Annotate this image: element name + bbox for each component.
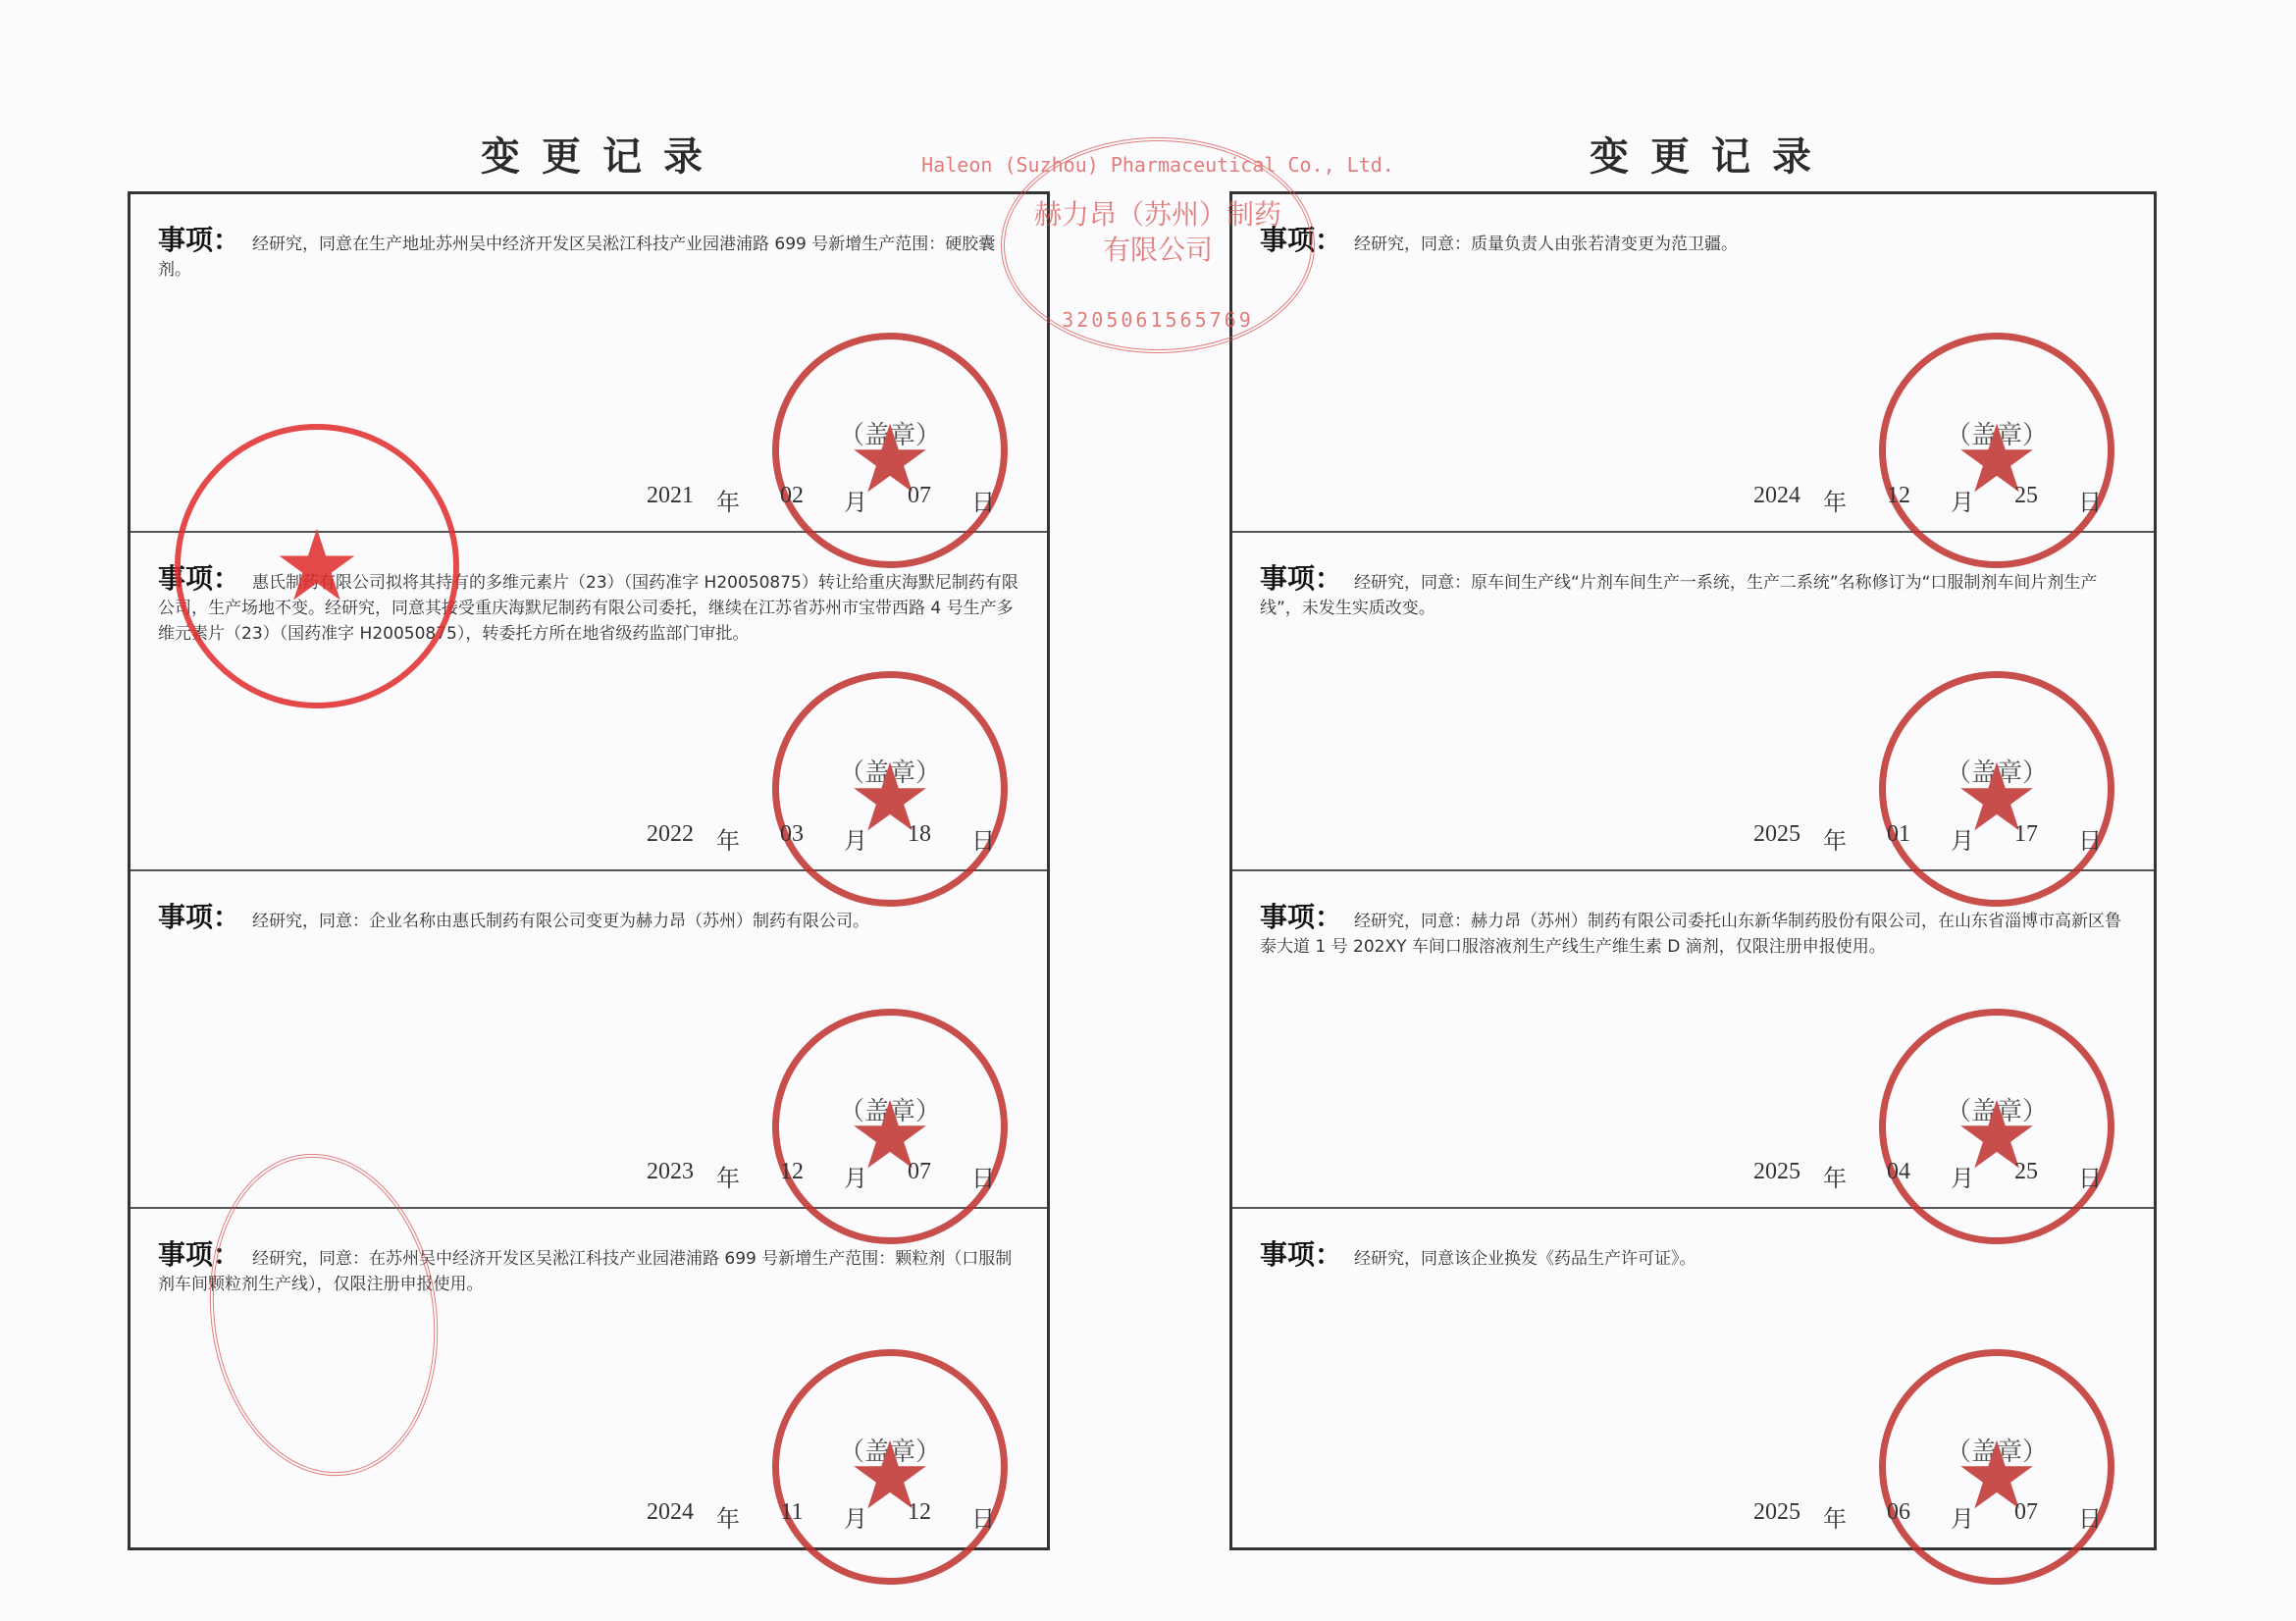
right-change-record-table: 事项：经研究，同意：质量负责人由张若清变更为范卫疆。 （盖章） ★ 2024 年… bbox=[1229, 191, 2157, 1550]
seal-chinese-name: 赫力昂（苏州）制药有限公司 bbox=[1034, 197, 1281, 268]
record-date: 2024 年 12 月 25 日 bbox=[1732, 483, 2124, 517]
date-month: 02 bbox=[762, 483, 821, 517]
date-month: 12 bbox=[762, 1159, 821, 1193]
change-record-row: 事项：经研究，同意：质量负责人由张若清变更为范卫疆。 （盖章） ★ 2024 年… bbox=[1232, 194, 2154, 533]
record-text: 经研究，同意：赫力昂（苏州）制药有限公司委托山东新华制药股份有限公司，在山东省淄… bbox=[1260, 912, 2121, 957]
record-item: 事项：经研究，同意在生产地址苏州吴中经济开发区吴淞江科技产业园港浦路 699 号… bbox=[158, 228, 1021, 283]
date-day: 12 bbox=[890, 1499, 949, 1534]
date-month: 01 bbox=[1869, 821, 1928, 856]
record-date: 2022 年 03 月 18 日 bbox=[625, 821, 1018, 856]
authority-seal: （盖章） ★ bbox=[772, 1349, 1008, 1585]
change-record-row: 事项：经研究，同意该企业换发《药品生产许可证》。 （盖章） ★ 2025 年 0… bbox=[1232, 1209, 2154, 1547]
authority-seal: （盖章） ★ bbox=[1879, 1349, 2114, 1585]
item-label: 事项： bbox=[1260, 901, 1342, 933]
record-date: 2024 年 11 月 12 日 bbox=[625, 1499, 1018, 1534]
record-item: 事项：经研究，同意：企业名称由惠氏制药有限公司变更为赫力昂（苏州）制药有限公司。 bbox=[158, 905, 1021, 934]
date-day: 07 bbox=[890, 1159, 949, 1193]
record-text: 经研究，同意：原车间生产线“片剂车间生产一系统，生产二系统”名称修订为“口服制剂… bbox=[1260, 573, 2097, 618]
change-record-row: 事项：经研究，同意：原车间生产线“片剂车间生产一系统，生产二系统”名称修订为“口… bbox=[1232, 533, 2154, 871]
date-year: 2025 bbox=[1732, 1159, 1800, 1193]
record-date: 2021 年 02 月 07 日 bbox=[625, 483, 1018, 517]
date-day: 18 bbox=[890, 821, 949, 856]
record-date: 2025 年 01 月 17 日 bbox=[1732, 821, 2124, 856]
date-year: 2023 bbox=[625, 1159, 694, 1193]
date-month: 11 bbox=[762, 1499, 821, 1534]
date-day: 25 bbox=[1997, 483, 2056, 517]
date-year: 2022 bbox=[625, 821, 694, 856]
date-month: 03 bbox=[762, 821, 821, 856]
star-icon: ★ bbox=[273, 517, 361, 615]
record-text: 经研究，同意：质量负责人由张若清变更为范卫疆。 bbox=[1354, 235, 1738, 254]
date-month: 12 bbox=[1869, 483, 1928, 517]
date-year: 2024 bbox=[625, 1499, 694, 1534]
left-page-title: 变更记录 bbox=[481, 126, 724, 182]
record-text: 经研究，同意该企业换发《药品生产许可证》。 bbox=[1354, 1249, 1696, 1269]
item-label: 事项： bbox=[158, 224, 240, 256]
record-text: 经研究，同意：企业名称由惠氏制药有限公司变更为赫力昂（苏州）制药有限公司。 bbox=[252, 912, 869, 931]
item-label: 事项： bbox=[1260, 1238, 1342, 1271]
item-label: 事项： bbox=[1260, 562, 1342, 595]
date-year: 2021 bbox=[625, 483, 694, 517]
seal-number: 3205061565769 bbox=[1062, 308, 1254, 332]
record-item: 事项：经研究，同意：质量负责人由张若清变更为范卫疆。 bbox=[1260, 228, 2128, 257]
date-month: 04 bbox=[1869, 1159, 1928, 1193]
date-year: 2025 bbox=[1732, 1499, 1800, 1534]
record-text: 经研究，同意在生产地址苏州吴中经济开发区吴淞江科技产业园港浦路 699 号新增生… bbox=[158, 235, 995, 280]
date-day: 25 bbox=[1997, 1159, 2056, 1193]
date-year: 2024 bbox=[1732, 483, 1800, 517]
date-day: 07 bbox=[890, 483, 949, 517]
item-label: 事项： bbox=[158, 901, 240, 933]
seal-english-name: Haleon (Suzhou) Pharmaceutical Co., Ltd. bbox=[921, 153, 1394, 177]
change-record-row: 事项：经研究，同意：赫力昂（苏州）制药有限公司委托山东新华制药股份有限公司，在山… bbox=[1232, 871, 2154, 1210]
record-item: 事项：经研究，同意：赫力昂（苏州）制药有限公司委托山东新华制药股份有限公司，在山… bbox=[1260, 905, 2128, 960]
date-day: 17 bbox=[1997, 821, 2056, 856]
date-month: 06 bbox=[1869, 1499, 1928, 1534]
company-round-seal: ★ bbox=[175, 424, 459, 708]
company-oval-seal-top: Haleon (Suzhou) Pharmaceutical Co., Ltd.… bbox=[1001, 137, 1315, 353]
right-page-title: 变更记录 bbox=[1590, 126, 1833, 182]
date-year: 2025 bbox=[1732, 821, 1800, 856]
date-day: 07 bbox=[1997, 1499, 2056, 1534]
record-date: 2025 年 04 月 25 日 bbox=[1732, 1159, 2124, 1193]
record-item: 事项：经研究，同意该企业换发《药品生产许可证》。 bbox=[1260, 1242, 2128, 1272]
record-date: 2023 年 12 月 07 日 bbox=[625, 1159, 1018, 1193]
record-date: 2025 年 06 月 07 日 bbox=[1732, 1499, 2124, 1534]
change-record-row: 事项：经研究，同意：企业名称由惠氏制药有限公司变更为赫力昂（苏州）制药有限公司。… bbox=[130, 871, 1047, 1210]
record-item: 事项：经研究，同意：原车间生产线“片剂车间生产一系统，生产二系统”名称修订为“口… bbox=[1260, 566, 2128, 621]
